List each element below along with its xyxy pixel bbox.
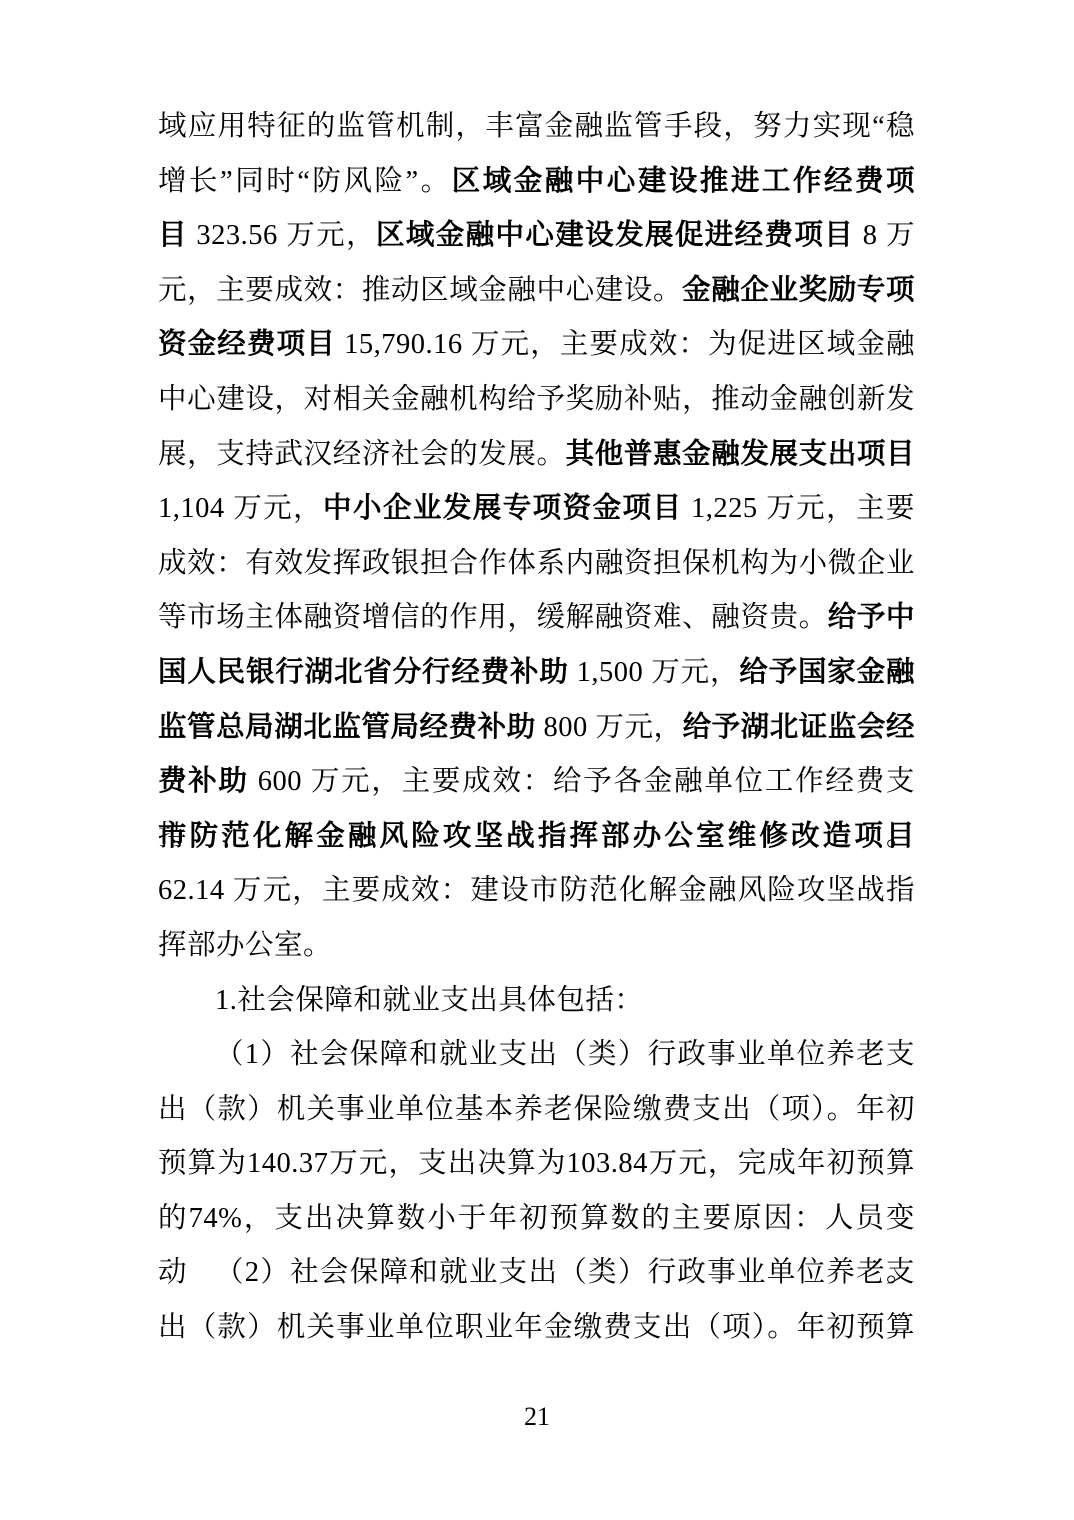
document-line: 预算为140.37万元，支出决算为103.84万元，完成年初预算: [158, 1137, 915, 1192]
document-page: 域应用特征的监管机制，丰富金融监管手段，努力实现“稳增长”同时“防风险”。区域金…: [0, 0, 1074, 1520]
text-run: 增长”同时“防风险”。: [158, 166, 452, 197]
text-run: 挥部办公室。: [158, 930, 332, 961]
document-line: 1.社会保障和就业支出具体包括：: [158, 974, 915, 1029]
text-run: 8 万: [854, 220, 915, 251]
document-line: 出（款）机关事业单位基本养老保险缴费支出（项）。年初: [158, 1083, 915, 1138]
document-line: 1,104 万元，中小企业发展专项资金项目 1,225 万元，主要: [158, 482, 915, 537]
document-line: 资金经费项目 15,790.16 万元，主要成效：为促进区域金融: [158, 318, 915, 373]
document-line: 域应用特征的监管机制，丰富金融监管手段，努力实现“稳: [158, 100, 915, 155]
document-line: 目 323.56 万元，区域金融中心建设发展促进经费项目 8 万: [158, 209, 915, 264]
document-line: 中心建设，对相关金融机构给予奖励补贴，推动金融创新发: [158, 373, 915, 428]
bold-text-run: 监管总局湖北监管局经费补助: [158, 712, 536, 743]
text-run: 出（款）机关事业单位职业年金缴费支出（项）。年初预算: [158, 1312, 915, 1343]
text-run: 1,500 万元，: [569, 657, 740, 688]
text-run: （2）社会保障和就业支出（类）行政事业单位养老支: [215, 1257, 915, 1288]
document-line: 62.14 万元，主要成效：建设市防范化解金融风险攻坚战指: [158, 864, 915, 919]
text-run: 成效：有效发挥政银担合作体系内融资担保机构为小微企业: [158, 548, 915, 579]
document-line: 监管总局湖北监管局经费补助 800 万元，给予湖北证监会经: [158, 701, 915, 756]
text-run: 62.14 万元，主要成效：建设市防范化解金融风险攻坚战指: [158, 875, 915, 906]
bold-text-run: 国人民银行湖北省分行经费补助: [158, 657, 569, 688]
text-run: 1,104 万元，: [158, 493, 323, 524]
text-run: 域应用特征的监管机制，丰富金融监管手段，努力实现“稳: [158, 111, 915, 142]
text-run: 等市场主体融资增信的作用，缓解融资难、融资贵。: [158, 602, 828, 633]
text-run: 323.56 万元，: [188, 220, 376, 251]
text-run: 15,790.16 万元，主要成效：为促进区域金融: [336, 329, 915, 360]
document-body: 域应用特征的监管机制，丰富金融监管手段，努力实现“稳增长”同时“防风险”。区域金…: [158, 100, 915, 1356]
bold-text-run: 给予中: [828, 602, 915, 633]
document-line: （2）社会保障和就业支出（类）行政事业单位养老支: [158, 1246, 915, 1301]
document-line: 成效：有效发挥政银担合作体系内融资担保机构为小微企业: [158, 537, 915, 592]
document-line: 出（款）机关事业单位职业年金缴费支出（项）。年初预算: [158, 1301, 915, 1356]
bold-text-run: 费补助: [158, 766, 249, 797]
bold-text-run: 区域金融中心建设发展促进经费项目: [376, 220, 854, 251]
text-run: 1,225 万元，主要: [682, 493, 915, 524]
document-line: 等市场主体融资增信的作用，缓解融资难、融资贵。给予中: [158, 591, 915, 646]
text-run: 元，主要成效：推动区域金融中心建设。: [158, 275, 682, 306]
document-line: 国人民银行湖北省分行经费补助 1,500 万元，给予国家金融: [158, 646, 915, 701]
bold-text-run: 给予湖北证监会经: [683, 712, 915, 743]
bold-text-run: 给予国家金融: [739, 657, 915, 688]
text-run: 展，支持武汉经济社会的发展。: [158, 439, 566, 470]
bold-text-run: 其他普惠金融发展支出项目: [566, 439, 915, 470]
bold-text-run: 中小企业发展专项资金项目: [323, 493, 682, 524]
document-line: 的74%，支出决算数小于年初预算数的主要原因：人员变动。: [158, 1192, 915, 1247]
text-run: 预算为140.37万元，支出决算为103.84万元，完成年初预算: [158, 1148, 915, 1179]
document-line: 市防范化解金融风险攻坚战指挥部办公室维修改造项目: [158, 810, 915, 865]
bold-text-run: 金融企业奖励专项: [682, 275, 915, 306]
bold-text-run: 资金经费项目: [158, 329, 336, 360]
bold-text-run: 目: [158, 220, 188, 251]
document-line: 增长”同时“防风险”。区域金融中心建设推进工作经费项: [158, 155, 915, 210]
document-line: 展，支持武汉经济社会的发展。其他普惠金融发展支出项目: [158, 428, 915, 483]
bold-text-run: 区域金融中心建设推进工作经费项: [452, 166, 915, 197]
text-run: （1）社会保障和就业支出（类）行政事业单位养老支: [215, 1039, 915, 1070]
text-run: 1.社会保障和就业支出具体包括：: [215, 985, 643, 1016]
document-line: 费补助 600 万元，主要成效：给予各金融单位工作经费支持。: [158, 755, 915, 810]
page-number: 21: [0, 1400, 1074, 1434]
text-run: 800 万元，: [536, 712, 683, 743]
document-line: 挥部办公室。: [158, 919, 915, 974]
text-run: 中心建设，对相关金融机构给予奖励补贴，推动金融创新发: [158, 384, 915, 415]
document-line: 元，主要成效：推动区域金融中心建设。金融企业奖励专项: [158, 264, 915, 319]
bold-text-run: 市防范化解金融风险攻坚战指挥部办公室维修改造项目: [158, 821, 915, 852]
text-run: 出（款）机关事业单位基本养老保险缴费支出（项）。年初: [158, 1094, 915, 1125]
document-line: （1）社会保障和就业支出（类）行政事业单位养老支: [158, 1028, 915, 1083]
